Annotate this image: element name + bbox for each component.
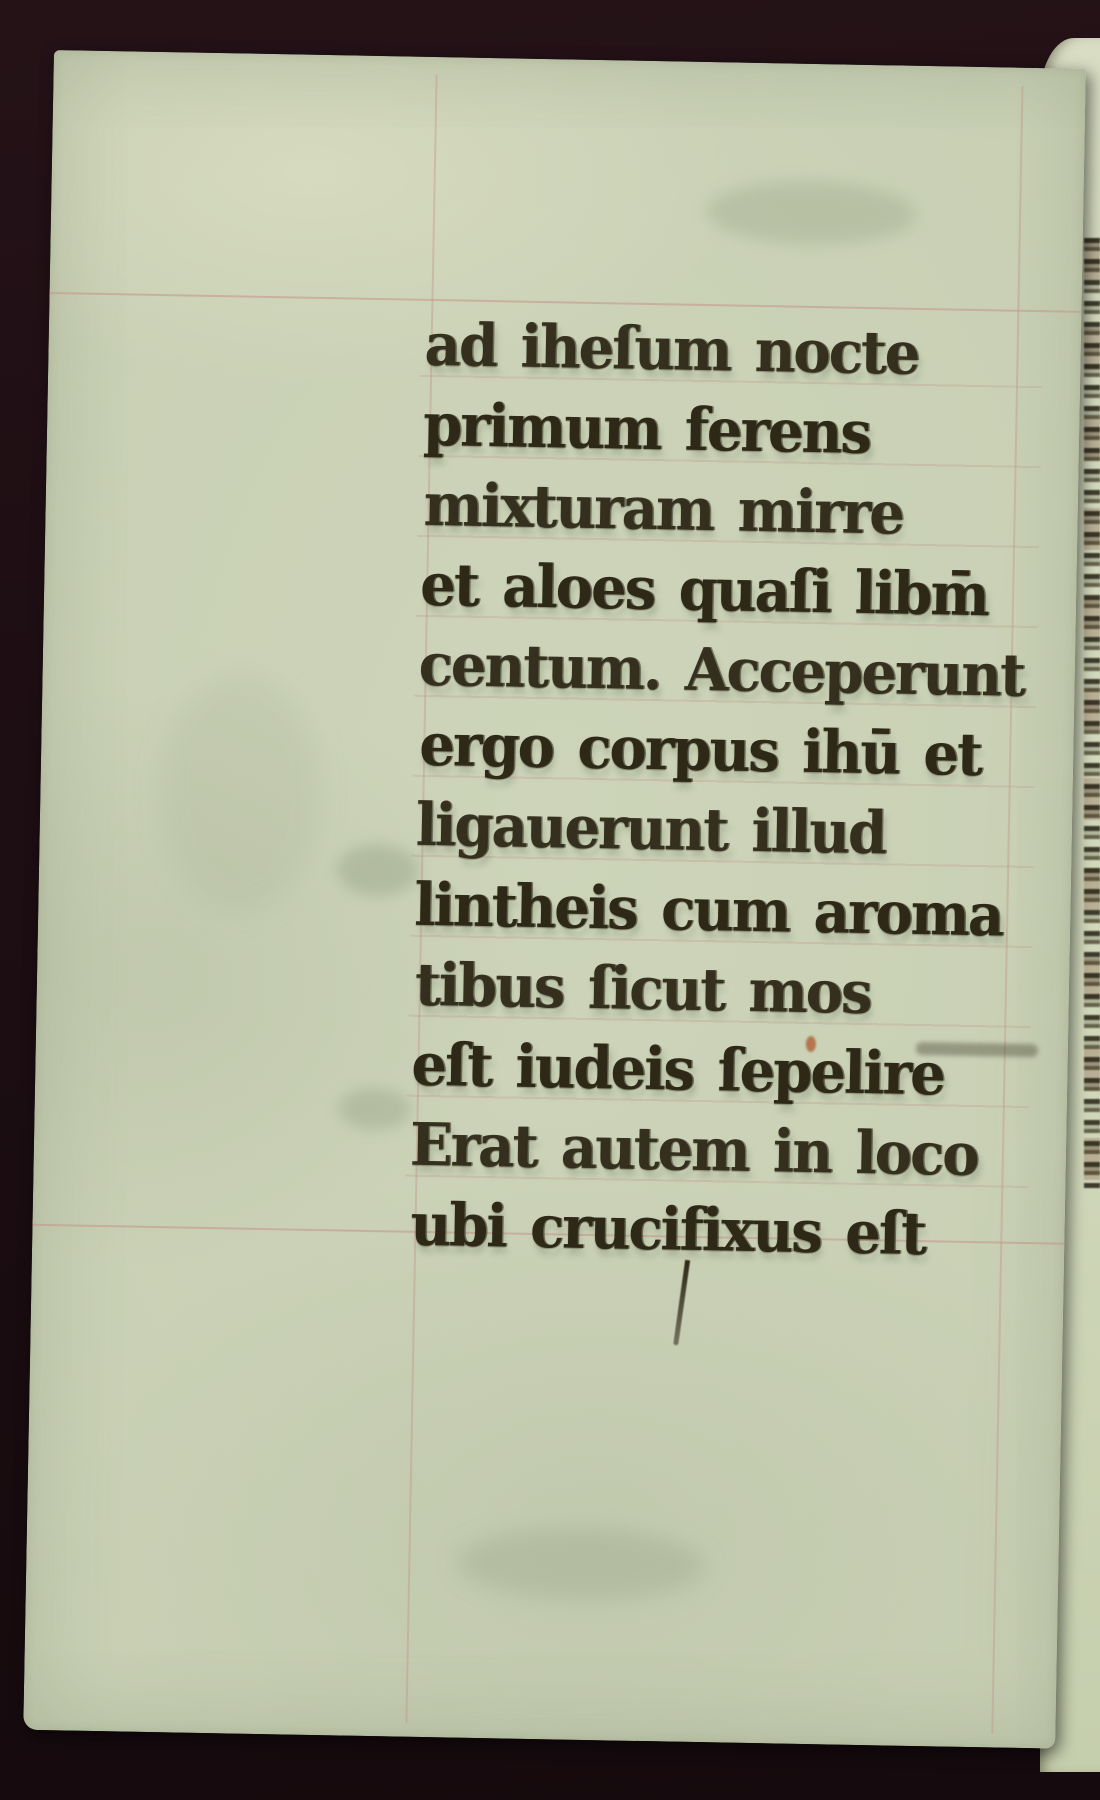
line-ink: Erat autem in loco: [409, 1103, 978, 1197]
show-through-smudge: [706, 180, 917, 246]
line-ink: ubi crucifixus eſt: [410, 1183, 926, 1276]
line-ink: tibus ſicut mos: [414, 943, 871, 1035]
line-ink: ergo corpus ihū et: [419, 703, 982, 797]
line-ink: et aloes quaſi libm̄: [419, 543, 988, 637]
parchment-mottling: [158, 672, 322, 915]
text-block: ad iheſum nocte ad iheſum nocte primum f…: [408, 307, 1040, 1278]
line-ink: ad iheſum nocte: [424, 303, 919, 396]
line-ink: eſt iudeis ſepelire: [411, 1023, 945, 1117]
show-through-smudge: [338, 1087, 411, 1130]
line-ink: lintheis cum aroma: [414, 863, 1003, 958]
manuscript-page: ad iheſum nocte ad iheſum nocte primum f…: [23, 50, 1086, 1749]
show-through-smudge: [337, 843, 420, 896]
line-ink: primum ferens: [422, 383, 870, 475]
line-ink: mixturam mirre: [423, 463, 904, 556]
parchment-stain: [456, 1526, 707, 1603]
photo-backdrop: ad iheſum nocte ad iheſum nocte primum f…: [0, 0, 1100, 1800]
line-ink: ligauerunt illud: [415, 783, 886, 876]
fore-edge-text-marks: [1084, 238, 1100, 1188]
